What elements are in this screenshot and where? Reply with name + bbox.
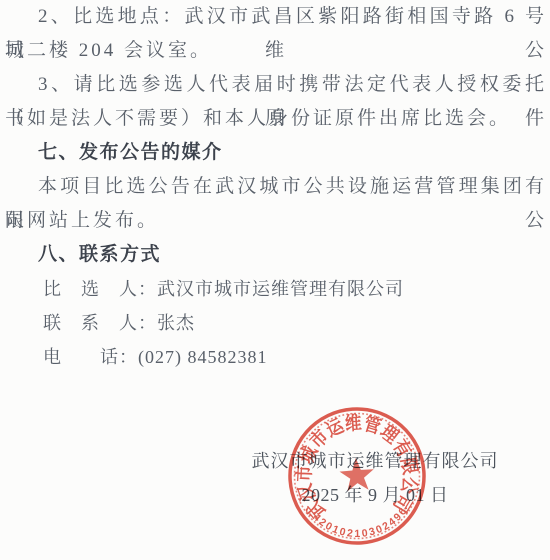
text-line: 联 系 人：张杰 bbox=[5, 306, 547, 340]
text-line: 本项目比选公告在武汉城市公共设施运营管理集团有限公 bbox=[5, 170, 547, 204]
seal-glyph: 维 bbox=[344, 411, 362, 435]
seal-glyph: 限 bbox=[397, 456, 421, 476]
text-line: 比 选 人：武汉市城市运维管理有限公司 bbox=[5, 272, 547, 306]
star-icon bbox=[339, 457, 375, 492]
seal-glyph: 2 bbox=[346, 527, 353, 540]
official-seal: 武汉市城市运维管理有限公司 42010210302496 bbox=[282, 401, 432, 551]
text-line: 八、联系方式 bbox=[5, 238, 547, 272]
seal-glyph: 市 bbox=[292, 465, 315, 483]
document-body: 2、比选地点：武汉市武昌区紫阳路街相国寺路 6 号城维公司二楼 204 会议室。… bbox=[5, 0, 547, 374]
seal-glyph: 1 bbox=[354, 528, 360, 540]
text-line: 七、发布公告的媒介 bbox=[5, 136, 547, 170]
text-line: （如是法人不需要）和本人身份证原件出席比选会。 bbox=[5, 102, 547, 136]
seal-group: 武汉市城市运维管理有限公司 42010210302496 bbox=[285, 404, 428, 547]
text-line: 电 话：(027) 84582381 bbox=[5, 340, 547, 374]
text-line: 3、请比选参选人代表届时携带法定代表人授权委托书原件 bbox=[5, 68, 547, 102]
document-page: 2、比选地点：武汉市武昌区紫阳路街相国寺路 6 号城维公司二楼 204 会议室。… bbox=[0, 0, 550, 560]
text-line: 2、比选地点：武汉市武昌区紫阳路街相国寺路 6 号城维公 bbox=[5, 0, 547, 34]
